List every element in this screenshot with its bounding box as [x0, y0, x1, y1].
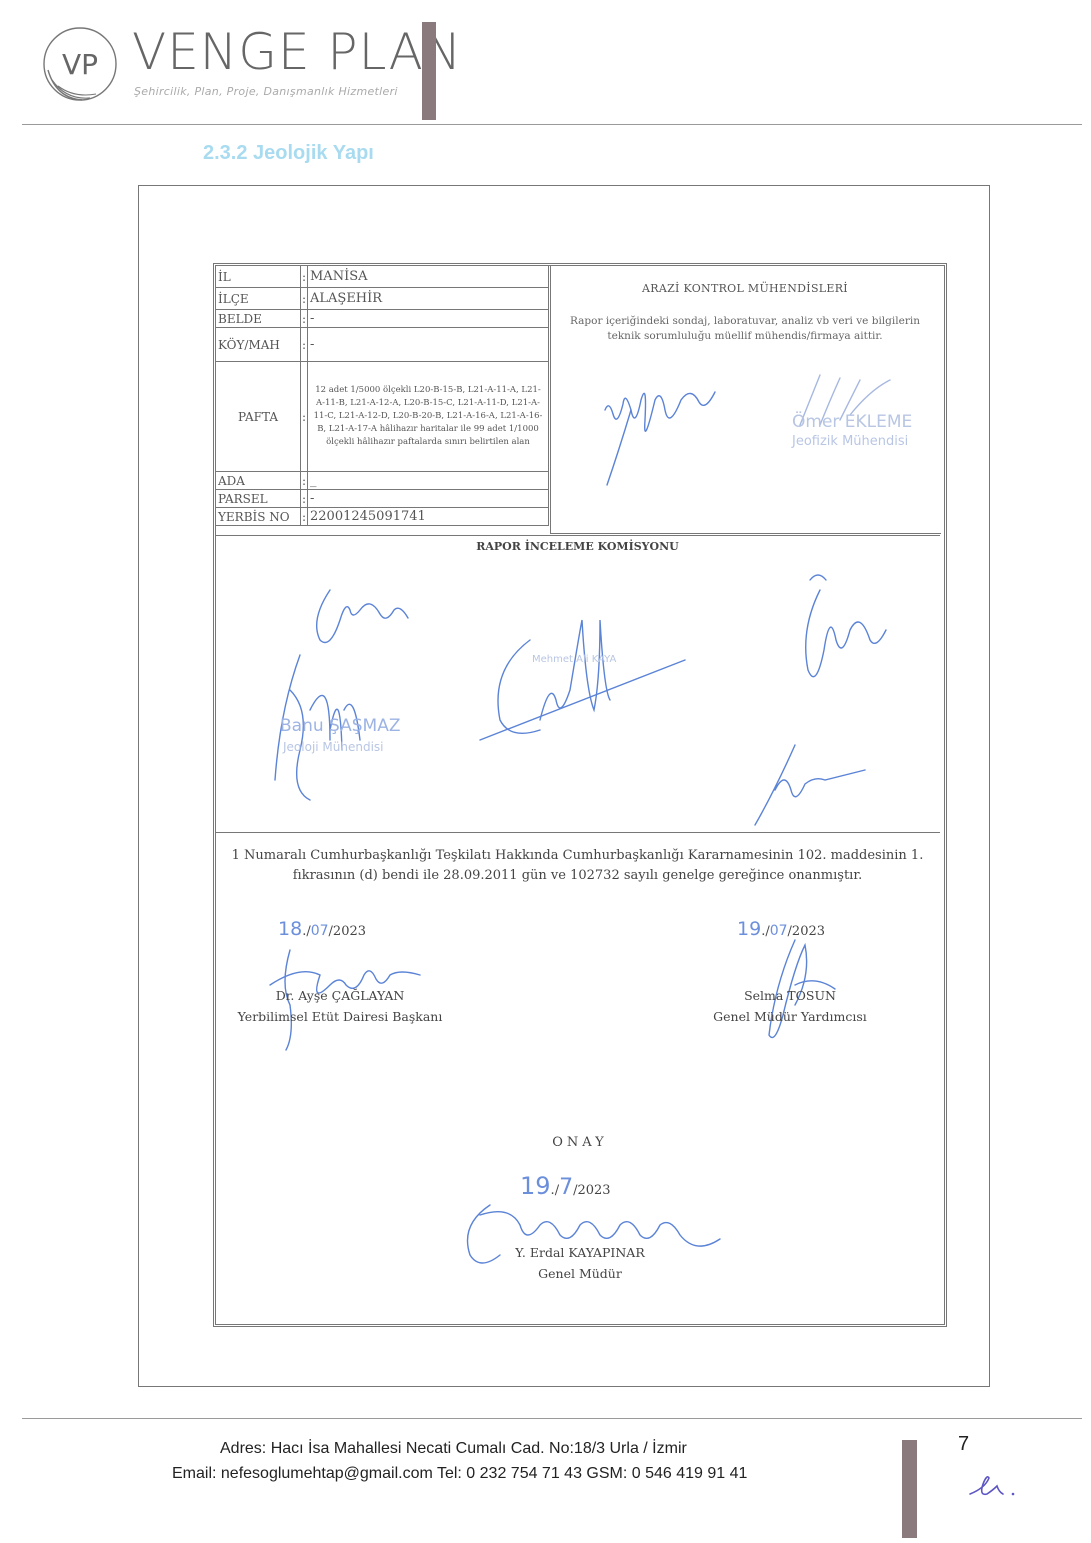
review-committee-title: RAPOR İNCELEME KOMİSYONU	[215, 540, 940, 553]
table-row: PAFTA : 12 adet 1/5000 ölçekli L20-B-15-…	[216, 362, 549, 472]
row-value: 12 adet 1/5000 ölçekli L20-B-15-B, L21-A…	[308, 362, 549, 472]
committee-signature-3-icon	[470, 610, 690, 750]
engineer-2-stamp-name: Ömer EKLEME	[792, 412, 912, 432]
committee-signature-5-icon	[745, 740, 875, 830]
table-row: İLÇE : ALAŞEHİR	[216, 288, 549, 310]
initials-signature-icon	[965, 1470, 1035, 1505]
brand-name: VENGE PLAN	[132, 22, 462, 82]
row-key: İLÇE	[216, 288, 301, 310]
svg-text:VP: VP	[62, 48, 98, 81]
row-value: -	[308, 490, 549, 508]
footer-contact: Email: nefesoglumehtap@gmail.com Tel: 0 …	[172, 1465, 747, 1483]
field-control-note: Rapor içeriğindeki sondaj, laboratuvar, …	[560, 314, 930, 344]
onay-name: Y. Erdal KAYAPINAR	[480, 1242, 680, 1263]
row-value: -	[308, 328, 549, 362]
row-value: _	[308, 472, 549, 490]
committee-member-1-title: Jeoloji Mühendisi	[283, 740, 384, 754]
footer-divider	[22, 1418, 1082, 1419]
onay-block: Y. Erdal KAYAPINAR Genel Müdür	[480, 1242, 680, 1284]
row-key: PAFTA	[216, 362, 301, 472]
brand-tagline: Şehircilik, Plan, Proje, Danışmanlık Hiz…	[134, 85, 398, 98]
row-value: ALAŞEHİR	[308, 288, 549, 310]
header-divider	[22, 124, 1082, 125]
approval-2-name: Selma TOSUN	[690, 985, 890, 1006]
engineer-1-signature-icon	[595, 370, 735, 490]
table-row: YERBİS NO : 22001245091741	[216, 508, 549, 526]
committee-signature-1-icon	[290, 580, 440, 650]
approval-1-block: Dr. Ayşe ÇAĞLAYAN Yerbilimsel Etüt Daire…	[220, 985, 460, 1027]
footer-accent-bar	[902, 1440, 917, 1538]
section-title: 2.3.2 Jeolojik Yapı	[203, 142, 374, 165]
row-key: BELDE	[216, 310, 301, 328]
row-value: MANİSA	[308, 266, 549, 288]
location-info-table: İL : MANİSA İLÇE : ALAŞEHİR BELDE : - KÖ…	[215, 265, 549, 526]
approval-2-title: Genel Müdür Yardımcısı	[690, 1006, 890, 1027]
approval-1-date: 18./07/2023	[278, 918, 366, 940]
row-key: İL	[216, 266, 301, 288]
row-key: KÖY/MAH	[216, 328, 301, 362]
committee-member-2-name: Mehmet Ali KAYA	[532, 654, 616, 665]
row-key: PARSEL	[216, 490, 301, 508]
row-key: ADA	[216, 472, 301, 490]
table-row: ADA : _	[216, 472, 549, 490]
engineer-2-stamp-title: Jeofizik Mühendisi	[792, 434, 908, 449]
table-row: PARSEL : -	[216, 490, 549, 508]
field-control-title: ARAZİ KONTROL MÜHENDİSLERİ	[550, 282, 940, 295]
row-value: 22001245091741	[308, 508, 549, 526]
venge-plan-logo-icon: VP	[38, 22, 122, 106]
approval-decree-text: 1 Numaralı Cumhurbaşkanlığı Teşkilatı Ha…	[220, 846, 935, 886]
approval-2-block: Selma TOSUN Genel Müdür Yardımcısı	[690, 985, 890, 1027]
approval-1-name: Dr. Ayşe ÇAĞLAYAN	[220, 985, 460, 1006]
row-key: YERBİS NO	[216, 508, 301, 526]
table-row: İL : MANİSA	[216, 266, 549, 288]
table-row: KÖY/MAH : -	[216, 328, 549, 362]
committee-member-1-name: Banu ŞAŞMAZ	[280, 716, 401, 736]
onay-title: ONAY	[500, 1135, 660, 1150]
row-value: -	[308, 310, 549, 328]
page-number: 7	[958, 1433, 969, 1456]
footer-address: Adres: Hacı İsa Mahallesi Necati Cumalı …	[220, 1440, 687, 1458]
committee-signature-4-icon	[790, 570, 890, 690]
approval-1-title: Yerbilimsel Etüt Dairesi Başkanı	[220, 1006, 460, 1027]
table-row: BELDE : -	[216, 310, 549, 328]
onay-role: Genel Müdür	[480, 1263, 680, 1284]
header-accent-bar	[422, 22, 436, 120]
